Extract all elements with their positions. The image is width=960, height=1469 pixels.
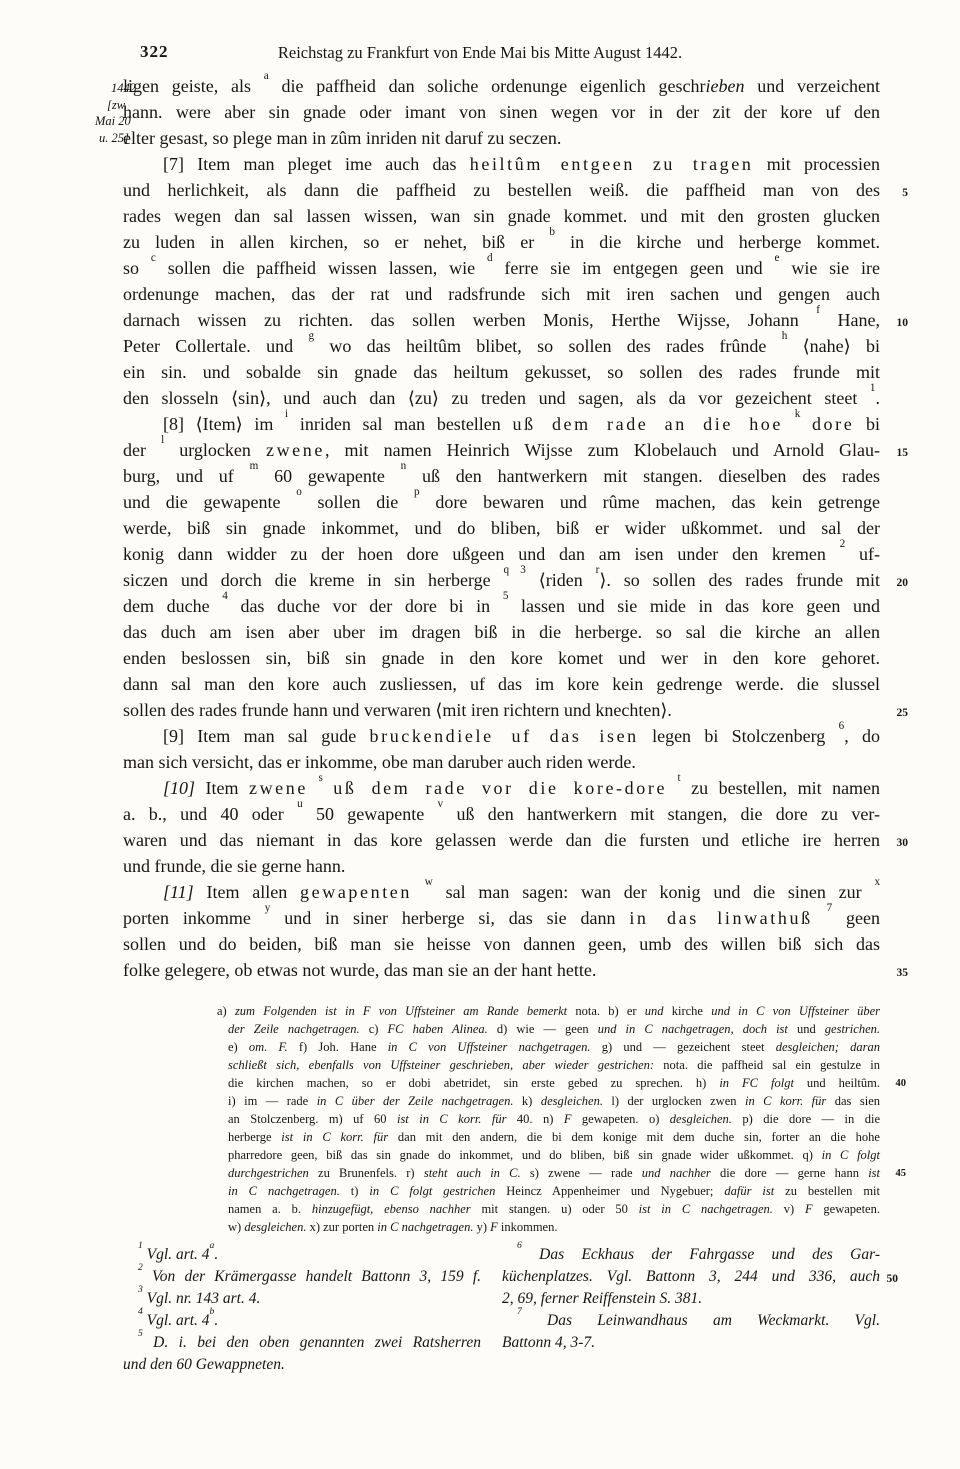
- apparatus-line: pharredore geen, biß das sin gnade do in…: [228, 1146, 880, 1164]
- margin-line-number: 10: [897, 310, 909, 336]
- text-line: [9] Item man sal gude bruckendiele uf da…: [123, 723, 880, 749]
- apparatus-line: i) im — rade in C über der Zeile nachget…: [228, 1092, 880, 1110]
- text-line: burg, und uf m 60 gewapente n uß den han…: [123, 463, 880, 489]
- apparatus-line: namen a. b. hinzugefügt, ebenso nachher …: [228, 1200, 880, 1218]
- footnote-line: 4 Vgl. art. 4b.: [123, 1310, 481, 1332]
- text-line: [11] Item allen gewapenten w sal man sag…: [123, 879, 880, 905]
- margin-line-number: 35: [897, 960, 909, 986]
- text-line: zu luden in allen kirchen, so er nehet, …: [123, 229, 880, 255]
- apparatus-line: herberge ist in C korr. für dan mit den …: [228, 1128, 880, 1146]
- footnote-line: 3 Vgl. nr. 143 art. 4.: [123, 1288, 481, 1310]
- apparatus-line: a) zum Folgenden ist in F von Uffsteiner…: [228, 1002, 880, 1020]
- apparatus-line: e) om. F. f) Joh. Hane in C von Uffstein…: [228, 1038, 880, 1056]
- footnote-line: 2 Von der Krämergasse handelt Battonn 3,…: [123, 1266, 481, 1288]
- margin-line-number: 40: [896, 1075, 907, 1093]
- text-line: [7] Item man pleget ime auch das heiltûm…: [123, 151, 880, 177]
- text-line: siczen und dorch die kreme in sin herber…: [123, 567, 880, 593]
- text-line: dem duche 4 das duche vor der dore bi in…: [123, 593, 880, 619]
- margin-line-number: 5: [902, 180, 908, 206]
- text-line: waren und das niemant in das kore gelass…: [123, 827, 880, 853]
- margin-line-number: 25: [897, 700, 909, 726]
- margin-line-number: 20: [897, 570, 909, 596]
- text-line: enden beslossen sin, biß sin gnade in de…: [123, 645, 880, 671]
- margin-line-number: 15: [897, 440, 909, 466]
- book-page: 322 Reichstag zu Frankfurt von Ende Mai …: [0, 0, 960, 1469]
- text-line: werde, biß sin gnade inkommet, und do bl…: [123, 515, 880, 541]
- margin-line-number: 30: [897, 830, 909, 856]
- text-line: dann sal man den kore auch zusliessen, u…: [123, 671, 880, 697]
- text-line: ligen geiste, als a die paffheid dan sol…: [123, 73, 880, 99]
- footnote-line: Battonn 4, 3-7.: [502, 1332, 880, 1354]
- apparatus-line: in C nachgetragen. t) in C folgt gestric…: [228, 1182, 880, 1200]
- main-text-block: ligen geiste, als a die paffheid dan sol…: [123, 73, 880, 983]
- running-title: Reichstag zu Frankfurt von Ende Mai bis …: [0, 43, 960, 63]
- text-line: folke gelegere, ob etwas not wurde, das …: [123, 957, 880, 983]
- footnotes-right-column: 6 Das Eckhaus der Fahrgasse und des Gar-…: [502, 1244, 880, 1354]
- footnote-line: küchenplatzes. Vgl. Battonn 3, 244 und 3…: [502, 1266, 880, 1288]
- apparatus-line: die kirchen machen, so er dobi abetridet…: [228, 1074, 880, 1092]
- footnote-line: 5 D. i. bei den oben genannten zwei Rats…: [123, 1332, 481, 1354]
- text-line: das duch am isen aber uber im dragen biß…: [123, 619, 880, 645]
- critical-apparatus: a) zum Folgenden ist in F von Uffsteiner…: [228, 1002, 880, 1236]
- apparatus-line: schließt sich, ebenfalls von Uffsteiner …: [228, 1056, 880, 1074]
- text-line: ordenunge machen, das der rat und radsfr…: [123, 281, 880, 307]
- text-line: hann. were aber sin gnade oder imant von…: [123, 99, 880, 125]
- text-line: und herlichkeit, als dann die paffheid z…: [123, 177, 880, 203]
- text-line: ein sin. und sobalde sin gnade das heilt…: [123, 359, 880, 385]
- text-line: und die gewapente o sollen die p dore be…: [123, 489, 880, 515]
- text-line: sollen und do beiden, biß man sie heisse…: [123, 931, 880, 957]
- text-line: so c sollen die paffheid wissen lassen, …: [123, 255, 880, 281]
- apparatus-line: an Stolczenberg. m) uf 60 ist in C korr.…: [228, 1110, 880, 1128]
- margin-line-number: 50: [887, 1268, 899, 1290]
- text-line: rades wegen dan sal lassen wissen, wan s…: [123, 203, 880, 229]
- footnote-line: 1 Vgl. art. 4a.: [123, 1244, 481, 1266]
- footnote-line: und den 60 Gewappneten.: [123, 1354, 481, 1376]
- text-line: a. b., und 40 oder u 50 gewapente v uß d…: [123, 801, 880, 827]
- text-line: man sich versicht, das er inkomme, obe m…: [123, 749, 880, 775]
- text-line: der l urglocken zwene, mit namen Heinric…: [123, 437, 880, 463]
- text-line: den slosseln ⟨sin⟩, und auch dan ⟨zu⟩ zu…: [123, 385, 880, 411]
- footnote-line: 7 Das Leinwandhaus am Weckmarkt. Vgl.: [502, 1310, 880, 1332]
- text-line: [10] Item zwene s uß dem rade vor die ko…: [123, 775, 880, 801]
- text-line: [8] ⟨Item⟩ im i inriden sal man bestelle…: [123, 411, 880, 437]
- text-line: Peter Collertale. und g wo das heiltûm b…: [123, 333, 880, 359]
- text-line: elter gesast, so plege man in zûm inride…: [123, 125, 880, 151]
- footnote-line: 6 Das Eckhaus der Fahrgasse und des Gar-: [502, 1244, 880, 1266]
- text-line: porten inkomme y und in siner herberge s…: [123, 905, 880, 931]
- text-line: konig dann widder zu der hoen dore ußgee…: [123, 541, 880, 567]
- text-line: sollen des rades frunde hann und verware…: [123, 697, 880, 723]
- text-line: und frunde, die sie gerne hann.: [123, 853, 880, 879]
- margin-line-number: 45: [896, 1165, 907, 1183]
- apparatus-line: der Zeile nachgetragen. c) FC haben Alin…: [228, 1020, 880, 1038]
- footnotes-left-column: 1 Vgl. art. 4a.2 Von der Krämergasse han…: [123, 1244, 481, 1376]
- apparatus-line: w) desgleichen. x) zur porten in C nachg…: [228, 1218, 880, 1236]
- apparatus-line: durchgestrichen zu Brunenfels. r) steht …: [228, 1164, 880, 1182]
- text-line: darnach wissen zu richten. das sollen we…: [123, 307, 880, 333]
- footnote-line: 2, 69, ferner Reiffenstein S. 381.: [502, 1288, 880, 1310]
